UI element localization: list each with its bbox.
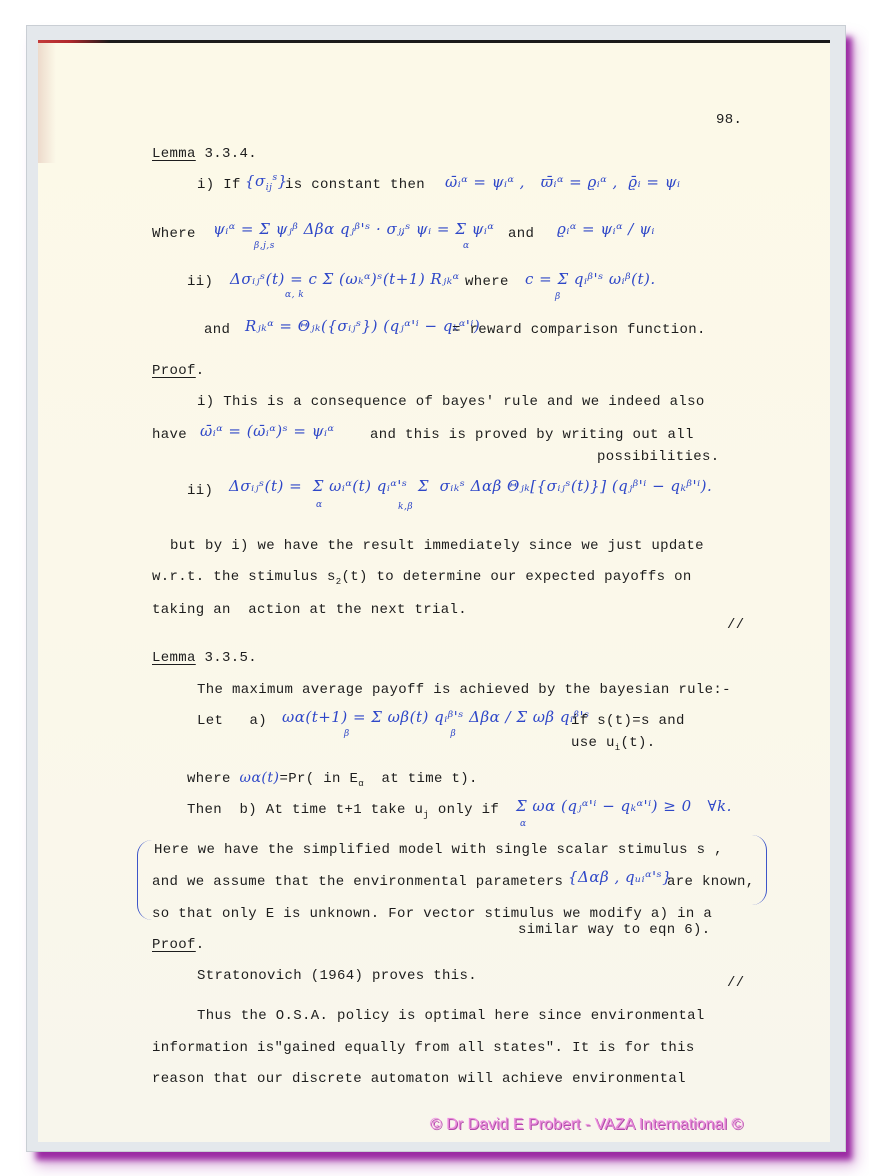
where-a: where xyxy=(187,771,231,787)
page-corner-fade xyxy=(38,43,56,163)
left-bracket xyxy=(137,840,152,920)
proof-word: Proof xyxy=(152,937,196,953)
set-sub: ij xyxy=(266,183,273,193)
ii-equation-under: α, k xyxy=(285,290,304,300)
lemma-334-i-text: is constant then xyxy=(285,177,425,193)
closing-line2: information is"gained equally from all s… xyxy=(152,1040,695,1056)
proof-1-line5: w.r.t. the stimulus s2(t) to determine o… xyxy=(152,569,692,587)
let-condition-1: if s(t)=s and xyxy=(571,713,685,729)
line5-a: w.r.t. the stimulus s xyxy=(152,569,336,585)
right-bracket xyxy=(752,835,767,905)
lemma-word: Lemma xyxy=(152,146,196,162)
note-line4: similar way to eqn 6). xyxy=(518,922,711,938)
reward-text: = reward comparison function. xyxy=(452,322,706,338)
where-eq2-under: α xyxy=(463,241,470,251)
set-open: {σ xyxy=(245,172,266,190)
lemma-334-i-equations: ω̄ᵢᵅ = ψᵢᵅ , ϖ̄ᵢᵅ = ϱᵢᵅ , ϱ̄ᵢ = ψᵢ xyxy=(445,173,680,191)
where-eq1: ψᵢᵅ = Σ ψⱼᵝ Δβα qⱼᵝ'ˢ · σⱼᵢˢ xyxy=(213,220,411,238)
proof-1-qed: // xyxy=(727,617,745,633)
proof-1-line2-equation: ω̄ᵢᵅ = (ω̄ᵢᵅ)ˢ = ψᵢᵅ xyxy=(200,422,334,440)
closing-line3: reason that our discrete automaton will … xyxy=(152,1071,686,1087)
let-equation-under: β β xyxy=(344,729,456,739)
ii-label: ii) xyxy=(187,274,213,290)
let-label: Let a) xyxy=(197,713,267,729)
proof-dot: . xyxy=(196,363,205,379)
proof-1-line2-prefix: have xyxy=(152,427,187,443)
lemma-335-line1: The maximum average payoff is achieved b… xyxy=(197,682,731,698)
copyright-watermark: © Dr David E Probert - VAZA Internationa… xyxy=(430,1116,743,1134)
proof-2-qed: // xyxy=(727,975,745,991)
note-line2-a: and we assume that the environmental par… xyxy=(152,874,563,890)
where-b: =Pr( in E xyxy=(279,771,358,787)
where-eq1-under: β,j,s xyxy=(254,241,275,251)
proof-1-line6: taking an action at the next trial. xyxy=(152,602,467,618)
note-line3: so that only E is unknown. For vector st… xyxy=(152,906,712,922)
proof-2-heading: Proof. xyxy=(152,937,205,953)
note-line2-equation: {Δαβ , qᵤᵢᵅ'ˢ} xyxy=(568,868,672,886)
proof-1-line1: i) This is a consequence of bayes' rule … xyxy=(197,394,705,410)
proof-1-ii-under-2: k,β xyxy=(398,502,413,512)
where-eq2: , ψᵢ = Σ ψᵢᵅ xyxy=(400,220,494,238)
reward-equation: Rⱼₖᵅ = Θⱼₖ({σᵢⱼˢ}) (qⱼᵅ'ⁱ − qₖᵅ'ⁱ) xyxy=(245,317,480,335)
page-top-edge xyxy=(38,40,830,43)
then-a: Then b) At time t+1 take u xyxy=(187,802,423,818)
lemma-334-i-set: {σijs} xyxy=(245,172,288,193)
cond2-b: (t). xyxy=(621,735,656,751)
proof-1-line2-text: and this is proved by writing out all xyxy=(370,427,694,443)
lemma-number: 3.3.4. xyxy=(196,146,257,162)
line5-b: (t) to determine our expected payoffs on xyxy=(342,569,692,585)
lemma-334-i-prefix: i) If xyxy=(197,177,241,193)
omega-alpha-t: ωα(t) xyxy=(240,770,280,786)
cond2-a: use u xyxy=(571,735,615,751)
proof-1-ii-equation: Δσᵢⱼˢ(t) = Σ ωᵢᵅ(t) qᵢᵅ'ˢ Σ σᵢₖˢ Δαβ Θⱼₖ… xyxy=(229,477,712,495)
proof-1-line3: possibilities. xyxy=(597,449,720,465)
lemma-335-heading: Lemma 3.3.5. xyxy=(152,650,257,666)
note-line2-b: are known, xyxy=(667,874,755,890)
proof-1-heading: Proof. xyxy=(152,363,205,379)
then-line: Then b) At time t+1 take uj only if xyxy=(187,802,499,820)
where-and: and xyxy=(508,226,534,242)
where-line: where ωα(t)=Pr( in Eα at time t). xyxy=(187,770,478,789)
proof-1-ii-label: ii) xyxy=(187,483,213,499)
page-number: 98. xyxy=(716,112,742,128)
where-label: Where xyxy=(152,226,196,242)
where-eq3: ϱᵢᵅ = ψᵢᵅ / ψᵢ xyxy=(557,220,655,238)
where-c: at time t). xyxy=(364,771,478,787)
proof-word: Proof xyxy=(152,363,196,379)
ii-equation: Δσᵢⱼˢ(t) = c Σ (ωₖᵅ)ˢ(t+1) Rⱼₖᵅ xyxy=(230,270,460,288)
and-label: and xyxy=(204,322,230,338)
then-equation: Σ ωα (qⱼᵅ'ⁱ − qₖᵅ'ⁱ) ≥ 0 ∀k. xyxy=(516,797,732,815)
note-line1: Here we have the simplified model with s… xyxy=(154,842,723,858)
lemma-word: Lemma xyxy=(152,650,196,666)
then-equation-under: α xyxy=(520,819,527,829)
let-equation: ωα(t+1) = Σ ωβ(t) qᵢᵝ'ˢ Δβα / Σ ωβ qᵢᵝ'ˢ xyxy=(282,708,590,726)
lemma-number: 3.3.5. xyxy=(196,650,257,666)
ii-c-under: β xyxy=(555,292,561,302)
closing-line1: Thus the O.S.A. policy is optimal here s… xyxy=(197,1008,705,1024)
proof-2-line1: Stratonovich (1964) proves this. xyxy=(197,968,477,984)
proof-1-ii-under-1: α xyxy=(316,500,323,510)
let-condition-2: use ui(t). xyxy=(571,735,656,753)
then-b: only if xyxy=(429,802,499,818)
ii-where: where xyxy=(465,274,509,290)
proof-dot: . xyxy=(196,937,205,953)
proof-1-line4: but by i) we have the result immediately… xyxy=(170,538,704,554)
lemma-334-heading: Lemma 3.3.4. xyxy=(152,146,257,162)
ii-c-equation: c = Σ qᵢᵝ'ˢ ωᵢᵝ(t). xyxy=(525,270,656,288)
